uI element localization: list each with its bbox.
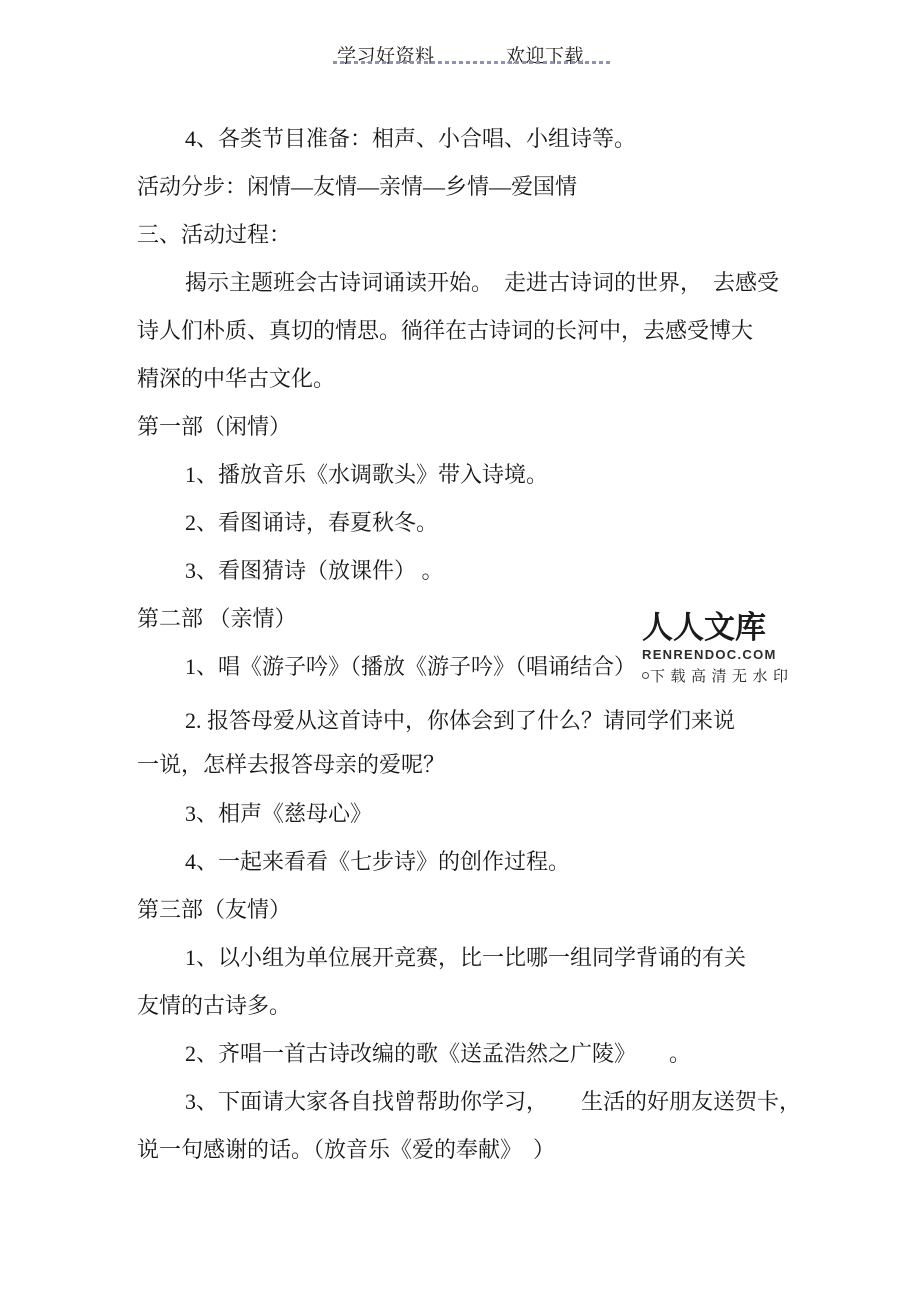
doc-line: 说一句感谢的话。（放音乐《爱的奉献》 ）	[137, 1126, 837, 1174]
watermark-logo-text: 人人文库	[642, 610, 802, 646]
watermark-dot-icon	[642, 672, 649, 679]
doc-line: 3、看图猜诗（放课件） 。	[137, 547, 837, 595]
doc-line: 一说，怎样去报答母亲的爱呢？	[137, 740, 837, 790]
renrendoc-watermark: 人人文库 RENRENDOC.COM 下载高清无水印	[642, 610, 802, 686]
doc-line: 2. 报答母爱从这首诗中，你体会到了什么？请同学们来说	[137, 702, 837, 740]
watermark-tagline-text: 下载高清无水印	[650, 665, 794, 686]
doc-line: 3、下面请大家各自找曾帮助你学习， 生活的好朋友送贺卡，	[137, 1078, 837, 1126]
doc-line: 诗人们朴质、真切的情思。徜徉在古诗词的长河中，去感受博大	[137, 307, 837, 355]
doc-line: 4、各类节目准备：相声、小合唱、小组诗等。	[137, 115, 837, 163]
doc-line: 精深的中华古文化。	[137, 355, 837, 403]
doc-line: 2、齐唱一首古诗改编的歌《送孟浩然之广陵》 。	[137, 1030, 837, 1078]
doc-line: 1、播放音乐《水调歌头》带入诗境。	[137, 451, 837, 499]
doc-line: 4、一起来看看《七步诗》的创作过程。	[137, 838, 837, 886]
doc-line: 第一部（闲情）	[137, 403, 837, 451]
watermark-domain: RENRENDOC.COM	[642, 647, 802, 662]
doc-line: 1、以小组为单位展开竞赛，比一比哪一组同学背诵的有关	[137, 934, 837, 982]
header-dashed-divider	[333, 61, 612, 64]
doc-line: 第三部（友情）	[137, 886, 837, 934]
doc-line: 2、看图诵诗，春夏秋冬。	[137, 499, 837, 547]
watermark-tagline-row: 下载高清无水印	[642, 665, 802, 686]
document-page: 学习好资料 欢迎下载 4、各类节目准备：相声、小合唱、小组诗等。 活动分步：闲情…	[0, 0, 920, 1303]
doc-line: 三、活动过程：	[137, 211, 837, 259]
doc-line: 友情的古诗多。	[137, 982, 837, 1030]
doc-line: 活动分步：闲情—友情—亲情—乡情—爱国情	[137, 163, 837, 211]
doc-line: 揭示主题班会古诗词诵读开始。 走进古诗词的世界， 去感受	[137, 259, 837, 307]
doc-line: 3、相声《慈母心》	[137, 790, 837, 838]
